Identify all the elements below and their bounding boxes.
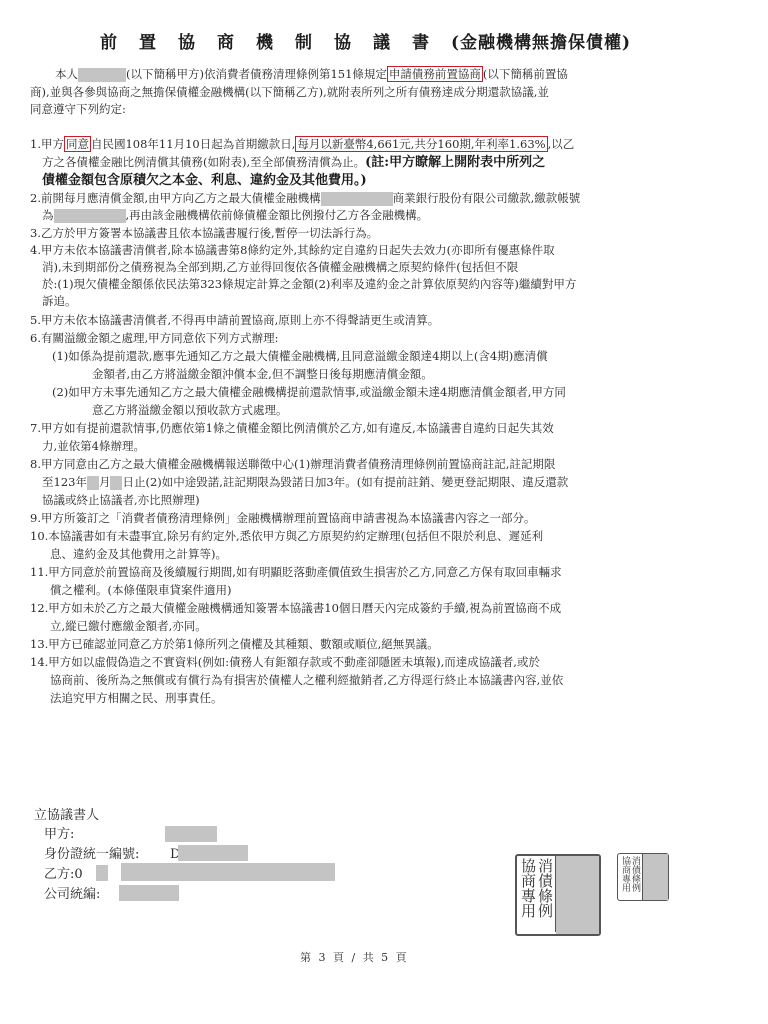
document-title: 前置協商機制協議書(金融機構無擔保債權) [100,28,631,53]
signatories-heading: 立協議書人 [34,807,99,824]
stamp-large-redacted [556,856,599,934]
clause-1-line-3: 債權金額包含原積欠之本金、利息、違約金及其他費用。) [42,172,367,189]
party-b-row: 乙方:0 [44,866,83,883]
redacted-month [87,476,99,490]
clause-8-line-1: 8.甲方同意由乙方之最大債權金融機構報送聯徵中心(1)辦理消費者債務清理條例前置… [30,456,555,473]
clause-1-line-1: 1.甲方同意自民國108年11月10日起為首期繳款日,每月以新臺幣4,661元,… [30,136,574,153]
company-id-row: 公司統編: [44,886,100,903]
redacted-party-b-name [121,863,335,881]
clause-12-line-1: 12.甲方如未於乙方之最大債權金融機構通知簽署本協議書10個日曆天內完成簽約手續… [30,600,561,617]
party-a-label: 甲方: [44,827,74,842]
clause-6-sub-1-line-2: 金額者,由乙方將溢繳金額沖償本金,但不調整日後每期應清償金額。 [92,366,433,383]
clause-2-line-1: 2.前開每月應清償金額,由甲方向乙方之最大債權金融機構商業銀行股份有限公司繳款,… [30,190,580,207]
clause-text: 日止(2)如中途毀諾,註記期限為毀諾日加3年。(如有提前註銷、變更登記期限、違反… [122,475,568,489]
intro-line-1: 本人(以下簡稱甲方)依消費者債務清理條例第151條規定申請債務前置協商(以下簡稱… [55,66,568,83]
clause-text: 為 [42,208,54,222]
clause-text: 2.前開每月應清償金額,由甲方向乙方之最大債權金融機構 [30,191,321,205]
clause-text: 1.甲方 [30,137,64,151]
id-number-row: 身份證統一編號: [44,846,139,863]
clause-6-head: 6.有關溢繳金額之處理,甲方同意依下列方式辦理: [30,330,279,347]
clause-4-line-1: 4.甲方未依本協議書清償者,除本協議書第8條約定外,其餘約定自違約日起失去效力(… [30,242,555,259]
clause-note-bold: (註:甲方瞭解上開附表中所列之 [365,155,545,170]
stamp-small-text: 消債條例協商專用 [618,854,643,900]
page-number: 第 3 頁 / 共 5 頁 [300,949,409,965]
intro-text: 本人 [55,67,78,81]
company-id-label: 公司統編: [44,887,100,902]
clause-6-sub-2-line-1: (2)如甲方未事先通知乙方之最大債權金融機構提前還款情事,或溢繳金額未達4期應清… [52,384,566,401]
id-number-label: 身份證統一編號: [44,847,139,862]
intro-text: (以下簡稱前置協 [483,67,568,81]
clause-4-line-3: 於:(1)現欠債權金額係依民法第323條規定計算之金額(2)利率及違約金之計算依… [42,276,576,293]
clause-14-line-3: 法追究甲方相關之民、刑事責任。 [50,690,223,707]
clause-2-line-2: 為,再由該金融機構依前條債權金額比例撥付乙方各金融機構。 [42,207,428,224]
clause-14-line-2: 協商前、後所為之無償或有償行為有損害於債權人之權利經撤銷者,乙方得逕行終止本協議… [50,672,563,689]
redacted-account [54,209,126,223]
redacted-id-number [178,845,248,861]
stamp-small-redacted [643,854,668,900]
redacted-name [78,68,126,82]
clause-11-line-2: 償之權利。(本條僅限車貸案件適用) [50,582,231,599]
party-b-label: 乙方: [44,867,74,882]
clause-10-line-1: 10.本協議書如有未盡事宜,除另有約定外,悉依甲方與乙方原契約約定辦理(包括但不… [30,528,543,545]
clause-6-sub-2-line-2: 意乙方將溢繳金額以預收款方式處理。 [92,402,288,419]
highlight-box-apply: 申請債務前置協商 [387,66,483,82]
clause-10-line-2: 息、違約金及其他費用之計算等)。 [50,546,227,563]
clause-text: 方之各債權金融比例清償其債務(如附表),至全部債務清償為止。 [42,155,365,169]
clause-text: 自民國108年11月10日起為首期繳款日, [91,137,295,151]
clause-4-line-2: 消),未到期部份之債務視為全部到期,乙方並得回復依各債權金融機構之原契約條件(包… [42,259,518,276]
clause-5: 5.甲方未依本協議書清償者,不得再申請前置協商,原則上亦不得聲請更生或清算。 [30,312,439,329]
highlight-box-agree: 同意 [64,136,91,152]
clause-8-line-3: 協議或終止協議者,亦比照辦理) [42,492,200,509]
redacted-party-b-code [96,865,108,881]
redacted-company-id [119,885,179,901]
clause-6-sub-1-line-1: (1)如係為提前還款,應事先通知乙方之最大債權金融機構,且同意溢繳金額達4期以上… [52,348,548,365]
highlight-box-payment-terms: 每月以新臺幣4,661元,共分160期,年利率1.63% [295,136,547,152]
stamp-large: 消債條例協商專用 [515,854,601,936]
clause-13: 13.甲方已確認並同意乙方於第1條所列之債權及其種類、數額或順位,絕無異議。 [30,636,439,653]
redacted-day [110,476,122,490]
clause-text: ,再由該金融機構依前條債權金額比例撥付乙方各金融機構。 [126,208,429,222]
clause-14-line-1: 14.甲方如以虛假偽造之不實資料(例如:債務人有鉅額存款或不動產卻隱匿未填報),… [30,654,540,671]
clause-4-line-4: 訴追。 [42,293,77,310]
clause-3: 3.乙方於甲方簽署本協議書且依本協議書履行後,暫停一切法訴行為。 [30,225,378,242]
redacted-party-a-name [165,826,217,842]
redacted-bank [321,192,393,206]
intro-text: (以下簡稱甲方)依消費者債務清理條例第151條規定 [126,67,387,81]
stamp-large-text: 消債條例協商專用 [517,856,556,932]
intro-line-3: 同意遵守下列約定: [30,101,126,118]
clause-text: 商業銀行股份有限公司繳款,繳款帳號 [393,191,581,205]
clause-text: 至123年 [42,475,87,489]
party-b-prefix: 0 [74,867,82,882]
stamp-small: 消債條例協商專用 [617,853,669,901]
intro-line-2: 商),並與各參與協商之無擔保債權金融機構(以下簡稱乙方),就附表所列之所有債務達… [30,84,549,101]
title-main: 前置協商機制協議書 [100,33,451,53]
party-a-row: 甲方: [44,826,74,843]
clause-9: 9.甲方所簽訂之「消費者債務清理條例」金融機構辦理前置協商申請書視為本協議書內容… [30,510,535,527]
clause-7-line-2: 力,並依第4條辦理。 [42,438,145,455]
clause-text: 月 [99,475,111,489]
clause-text: ,以乙 [548,137,575,151]
clause-7-line-1: 7.甲方如有提前還款情事,仍應依第1條之債權金額比例清償於乙方,如有違反,本協議… [30,420,554,437]
document-page: 前置協商機制協議書(金融機構無擔保債權) 本人(以下簡稱甲方)依消費者債務清理條… [0,0,768,1024]
clause-8-line-2: 至123年月日止(2)如中途毀諾,註記期限為毀諾日加3年。(如有提前註銷、變更登… [42,474,568,491]
clause-1-line-2: 方之各債權金融比例清償其債務(如附表),至全部債務清償為止。(註:甲方瞭解上開附… [42,154,545,171]
title-suffix: (金融機構無擔保債權) [451,33,631,53]
clause-11-line-1: 11.甲方同意於前置協商及後續履行期間,如有明顯貶落動產價值致生損害於乙方,同意… [30,564,562,581]
clause-12-line-2: 立,縱已繳付應繳金額者,亦同。 [50,618,207,635]
